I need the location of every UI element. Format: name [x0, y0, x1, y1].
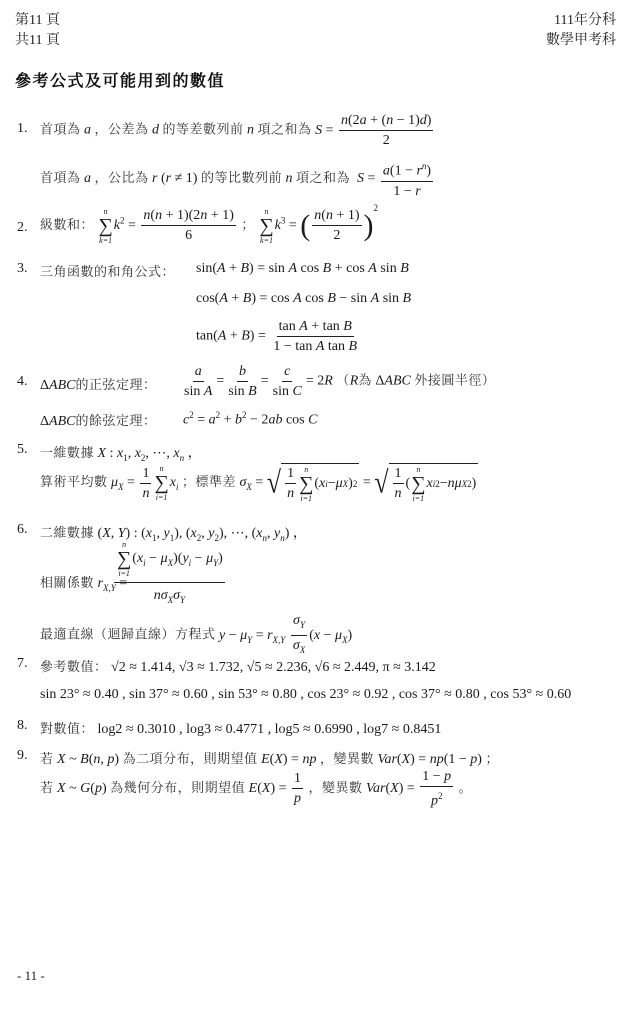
item-1-arithmetic-sum: 首項為 a ，公差為 d 的等差數列前 n 項之和為 S = n(2a + (n… [40, 112, 435, 149]
exam-subject-label: 數學甲考科 [546, 32, 616, 50]
cos-sum-formula: cos(A + B) = cos A cos B − sin A sin B [196, 291, 411, 307]
law-of-cosines-label: ΔABC的餘弦定理： [40, 410, 156, 430]
binomial-distribution-line: 若 X ~ B(n, p) 為二項分布，則期望值 E(X) = np ，變異數 … [40, 748, 499, 768]
law-of-sines-formula: asin A=bsin B=csin C= 2R （R為 ΔABC 外接圓半徑） [180, 363, 495, 400]
exam-year-label: 111年分科 [554, 12, 616, 30]
page-number-label: 第11 頁 [15, 12, 60, 30]
reference-values-line-2: sin 23° ≈ 0.40 , sin 37° ≈ 0.60 , sin 53… [40, 687, 571, 703]
stddev-formula: σX = √1nn∑i=1(xi − μX)2 = √1n(n∑i=1xi2 −… [239, 475, 478, 490]
item-number-3: 3. [17, 261, 28, 277]
item-number-1: 1. [17, 121, 28, 137]
geometric-distribution-line: 若 X ~ G(p) 為幾何分布，則期望值 E(X) = 1p ，變異數 Var… [40, 768, 472, 810]
one-dim-data-line: 一維數據 X : x1, x2, ⋯, xn ， [40, 442, 202, 463]
law-of-sines-label: ΔABC的正弦定理： [40, 374, 156, 394]
reference-values-line-1: 參考數值： √2 ≈ 1.414, √3 ≈ 1.732, √5 ≈ 2.236… [40, 656, 436, 676]
mean-stddev-line: 算術平均數 μX = 1nn∑i=1xi ；標準差 σX = √1nn∑i=1(… [40, 463, 478, 503]
item-number-9: 9. [17, 748, 28, 764]
regression-formula: y − μY = rX,Y σYσX(x − μX) [219, 628, 352, 643]
item-number-5: 5. [17, 442, 28, 458]
log-values-line: 對數值： log2 ≈ 0.3010 , log3 ≈ 0.4771 , log… [40, 718, 441, 738]
correlation-formula: n∑i=1(xi − μX)(yi − μY)nσXσY [112, 540, 227, 609]
item-1-geometric-sum: 首項為 a ，公比為 r (r ≠ 1) 的等比數列前 n 項之和為 S = a… [40, 158, 435, 200]
item-number-2: 2. [17, 220, 28, 236]
footer-page-number: - 11 - [17, 968, 45, 984]
sum-of-squares-formula: n∑k=1k2 = n(n + 1)(2n + 1)6 [98, 218, 242, 233]
regression-line: 最適直線（迴歸直線）方程式 y − μY = rX,Y σYσX(x − μX) [40, 612, 352, 659]
arithmetic-sum-formula: S = n(2a + (n − 1)d)2 [315, 123, 435, 138]
tan-sum-formula: tan(A + B) = tan A + tan B1 − tan A tan … [196, 318, 361, 355]
total-pages-label: 共11 頁 [15, 32, 60, 50]
law-of-cosines-formula: c2 = a2 + b2 − 2ab cos C [183, 410, 317, 429]
mean-formula: μX = 1nn∑i=1xi [111, 475, 178, 490]
sum-of-cubes-formula: n∑k=1k3 = (n(n + 1)2)2 [258, 218, 378, 233]
item-2-series-sum: 級數和： n∑k=1k2 = n(n + 1)(2n + 1)6 ； n∑k=1… [40, 203, 378, 245]
sin-sum-formula: sin(A + B) = sin A cos B + cos A sin B [196, 261, 409, 277]
item-3-label: 三角函數的和角公式： [40, 261, 175, 281]
item-number-4: 4. [17, 374, 28, 390]
geometric-sum-formula: S = a(1 − rn)1 − r [354, 171, 436, 186]
item-number-6: 6. [17, 522, 28, 538]
item-number-7: 7. [17, 656, 28, 672]
item-number-8: 8. [17, 718, 28, 734]
page-title: 參考公式及可能用到的數值 [15, 68, 225, 91]
